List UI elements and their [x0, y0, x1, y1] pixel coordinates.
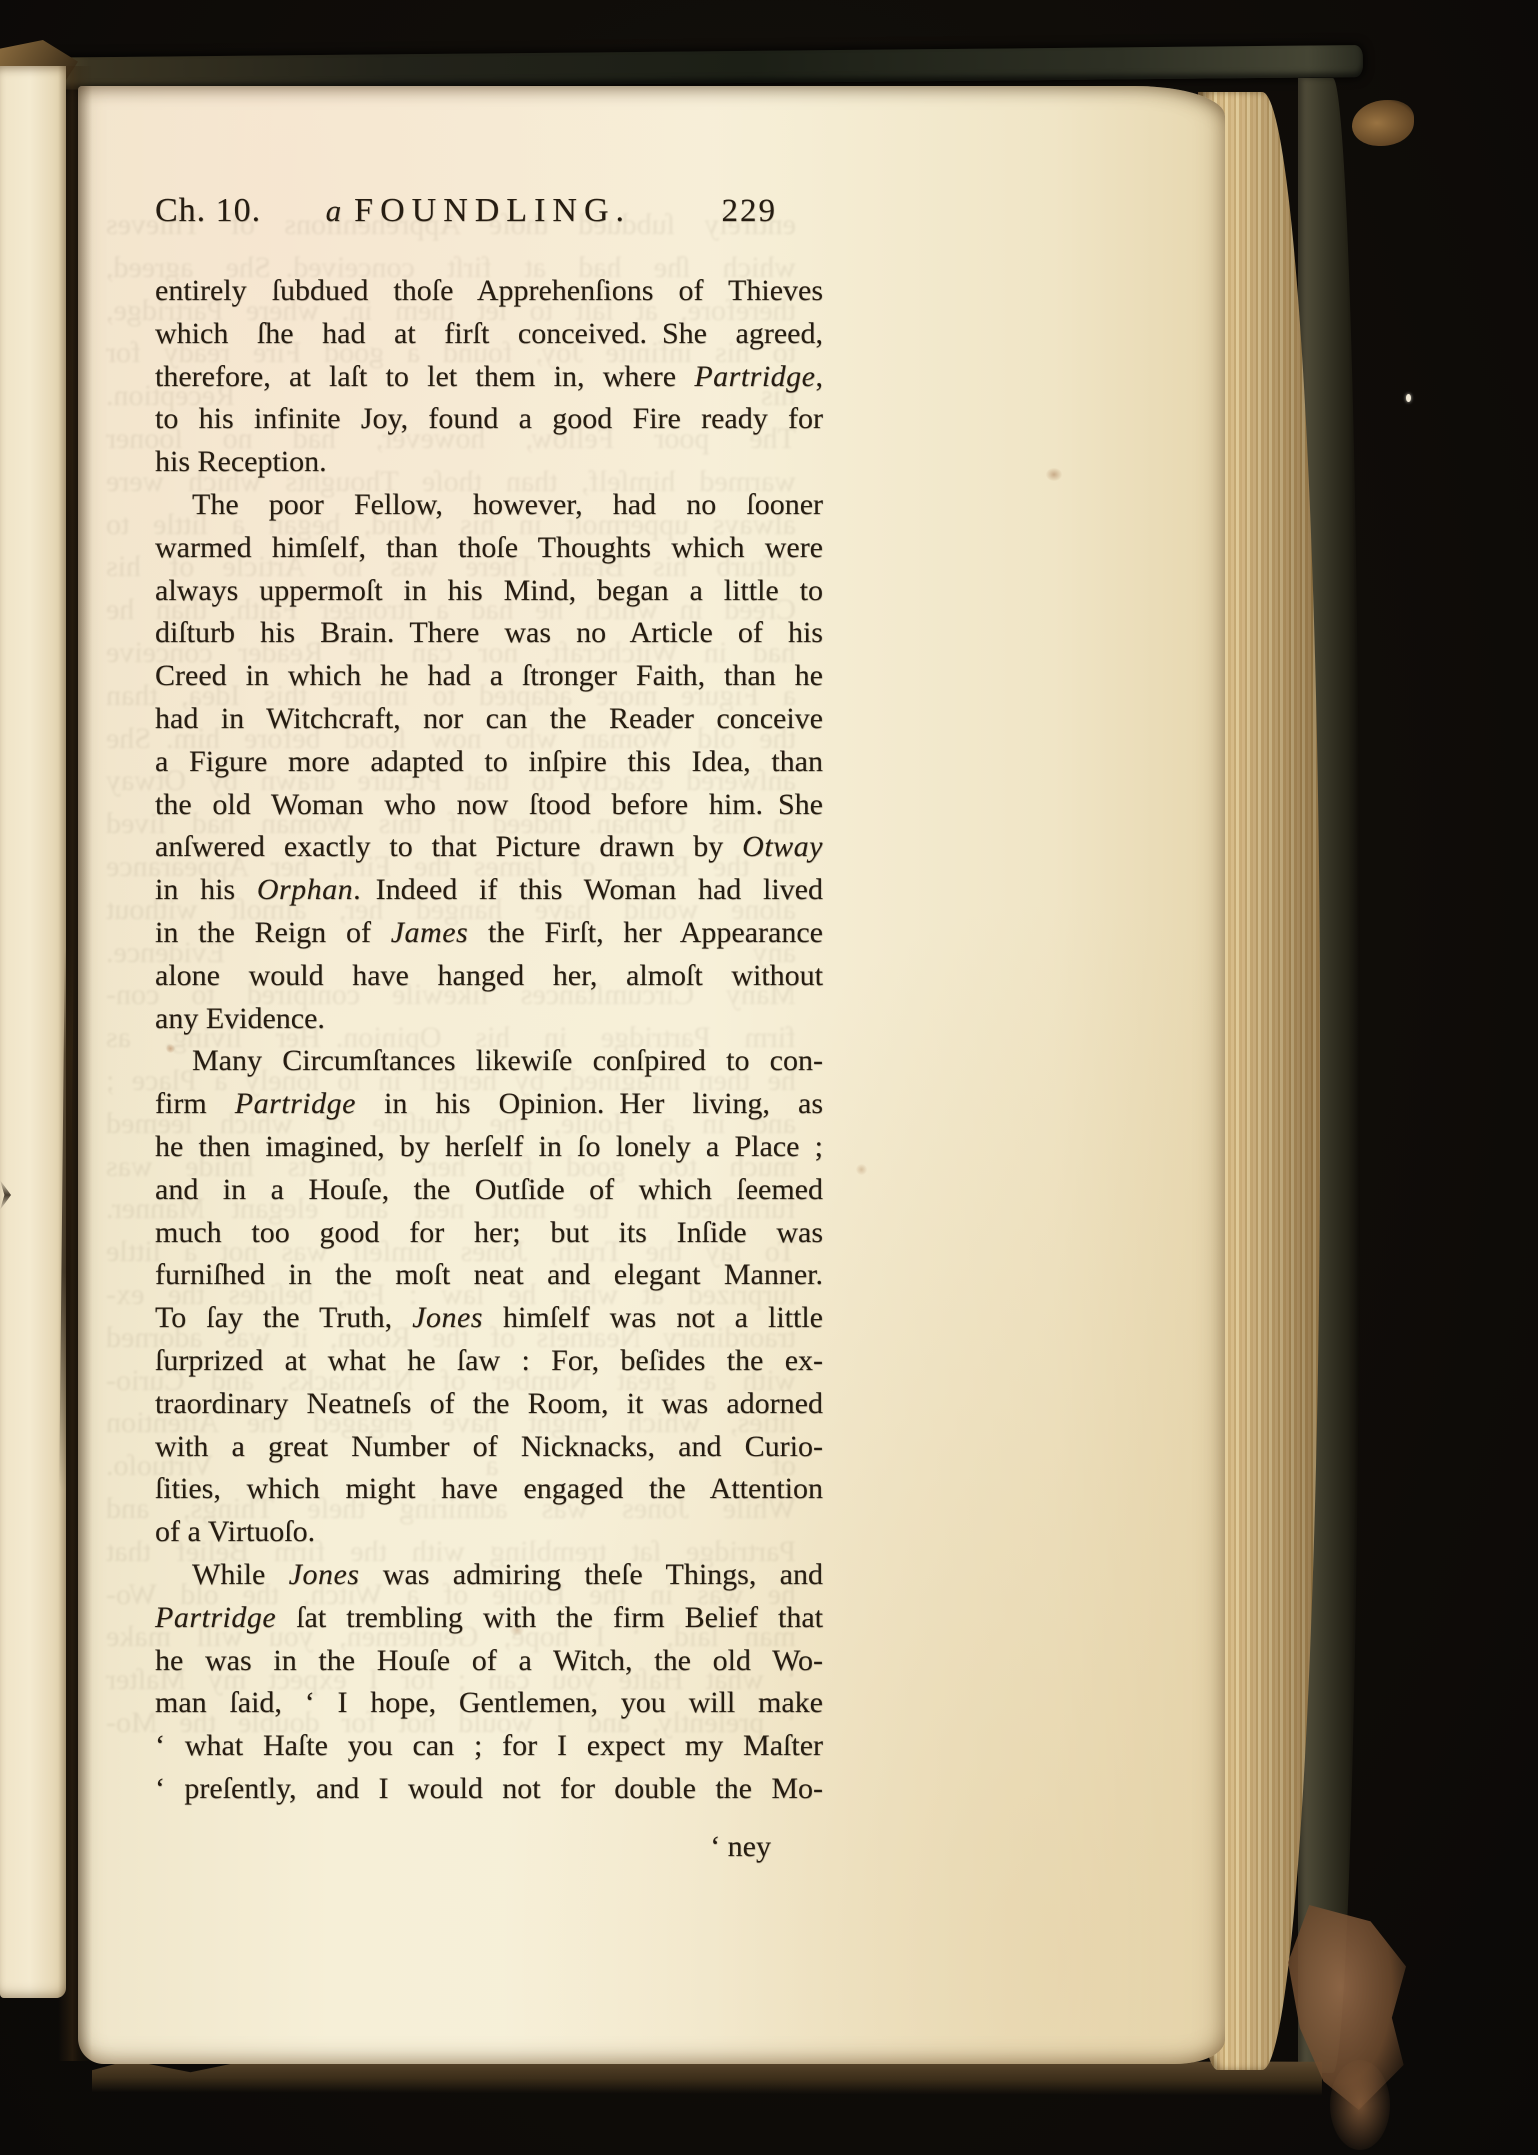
text-line: To ſay the Truth, Jones himſelf was not …	[155, 1297, 823, 1340]
paragraph: While Jones was admiring theſe Things, a…	[155, 1554, 823, 1811]
text-line: much too good for her; but its Inſide wa…	[155, 1212, 823, 1255]
text-line: Many Circumſtances likewiſe conſpired to…	[155, 1040, 823, 1083]
text-line: entirely ſubdued thoſe Apprehenſions of …	[155, 270, 823, 313]
text-line: ‘ preſently, and I would not for double …	[155, 1768, 823, 1811]
page-header: Ch. 10. aFOUNDLING. 229	[155, 190, 823, 236]
paragraph: Many Circumſtances likewiſe conſpired to…	[155, 1040, 823, 1554]
text-line: he then imagined, by herſelf in ſo lonel…	[155, 1126, 823, 1169]
running-title-group: aFOUNDLING.	[261, 190, 721, 234]
text-line: The poor Fellow, however, had no ſooner	[155, 484, 823, 527]
text-line: his Reception.	[155, 441, 823, 484]
text-line: a Figure more adapted to inſpire this Id…	[155, 741, 823, 784]
foxing-speck	[856, 1164, 867, 1175]
gutter-crease-mark	[66, 305, 73, 520]
book-page: entirely ſubdued thoſe Apprehenſions of …	[78, 86, 1225, 2064]
text-line: to his infinite Joy, found a good Fire r…	[155, 398, 823, 441]
text-line: in his Orphan. Indeed if this Woman had …	[155, 869, 823, 912]
text-line: the old Woman who now ſtood before him. …	[155, 784, 823, 827]
dust-speck	[1406, 394, 1411, 402]
text-line: therefore, at laſt to let them in, where…	[155, 356, 823, 399]
text-line: Partridge ſat trembling with the firm Be…	[155, 1597, 823, 1640]
page-number: 229	[722, 190, 778, 233]
text-line: in the Reign of James the Firſt, her App…	[155, 912, 823, 955]
book-cover-top-edge	[8, 45, 1363, 90]
text-line: man ſaid, ‘ I hope, Gentlemen, you will …	[155, 1682, 823, 1725]
text-line: ‘ what Haſte you can ; for I expect my M…	[155, 1725, 823, 1768]
text-line: While Jones was admiring theſe Things, a…	[155, 1554, 823, 1597]
binding-tuft-top-right	[1352, 100, 1414, 146]
text-line: diſturb his Brain. There was no Article …	[155, 612, 823, 655]
catchword: ‘ ney	[155, 1826, 823, 1869]
running-title: FOUNDLING.	[354, 192, 631, 229]
text-line: of a Virtuoſo.	[155, 1511, 823, 1554]
text-line: which ſhe had at firſt conceived. She ag…	[155, 313, 823, 356]
paragraph: The poor Fellow, however, had no ſoonerw…	[155, 484, 823, 1040]
text-line: he was in the Houſe of a Witch, the old …	[155, 1640, 823, 1683]
text-line: any Evidence.	[155, 998, 823, 1041]
text-line: always uppermoſt in his Mind, began a li…	[155, 570, 823, 613]
chapter-label: Ch. 10.	[155, 190, 261, 233]
text-block: Ch. 10. aFOUNDLING. 229 entirely ſubdued…	[155, 190, 823, 1869]
text-line: ſurprized at what he ſaw : For, beſides …	[155, 1340, 823, 1383]
binding-tuft-bottom-right-small	[1330, 2060, 1390, 2150]
text-line: firm Partridge in his Opinion. Her livin…	[155, 1083, 823, 1126]
running-title-article: a	[326, 193, 342, 228]
text-line: ſities, which might have engaged the Att…	[155, 1468, 823, 1511]
text-line: and in a Houſe, the Outſide of which ſee…	[155, 1169, 823, 1212]
text-line: had in Witchcraft, nor can the Reader co…	[155, 698, 823, 741]
text-line: anſwered exactly to that Picture drawn b…	[155, 826, 823, 869]
text-line: Creed in which he had a ſtronger Faith, …	[155, 655, 823, 698]
text-line: with a great Number of Nicknacks, and Cu…	[155, 1426, 823, 1469]
text-line: alone would have hanged her, almoſt with…	[155, 955, 823, 998]
foxing-speck	[1046, 468, 1062, 481]
text-line: furniſhed in the moſt neat and elegant M…	[155, 1254, 823, 1297]
text-line: traordinary Neatneſs of the Room, it was…	[155, 1383, 823, 1426]
paragraph: entirely ſubdued thoſe Apprehenſions of …	[155, 270, 823, 484]
facing-page-edge	[0, 66, 66, 1998]
body-text: entirely ſubdued thoſe Apprehenſions of …	[155, 270, 823, 1811]
text-line: warmed himſelf, than thoſe Thoughts whic…	[155, 527, 823, 570]
